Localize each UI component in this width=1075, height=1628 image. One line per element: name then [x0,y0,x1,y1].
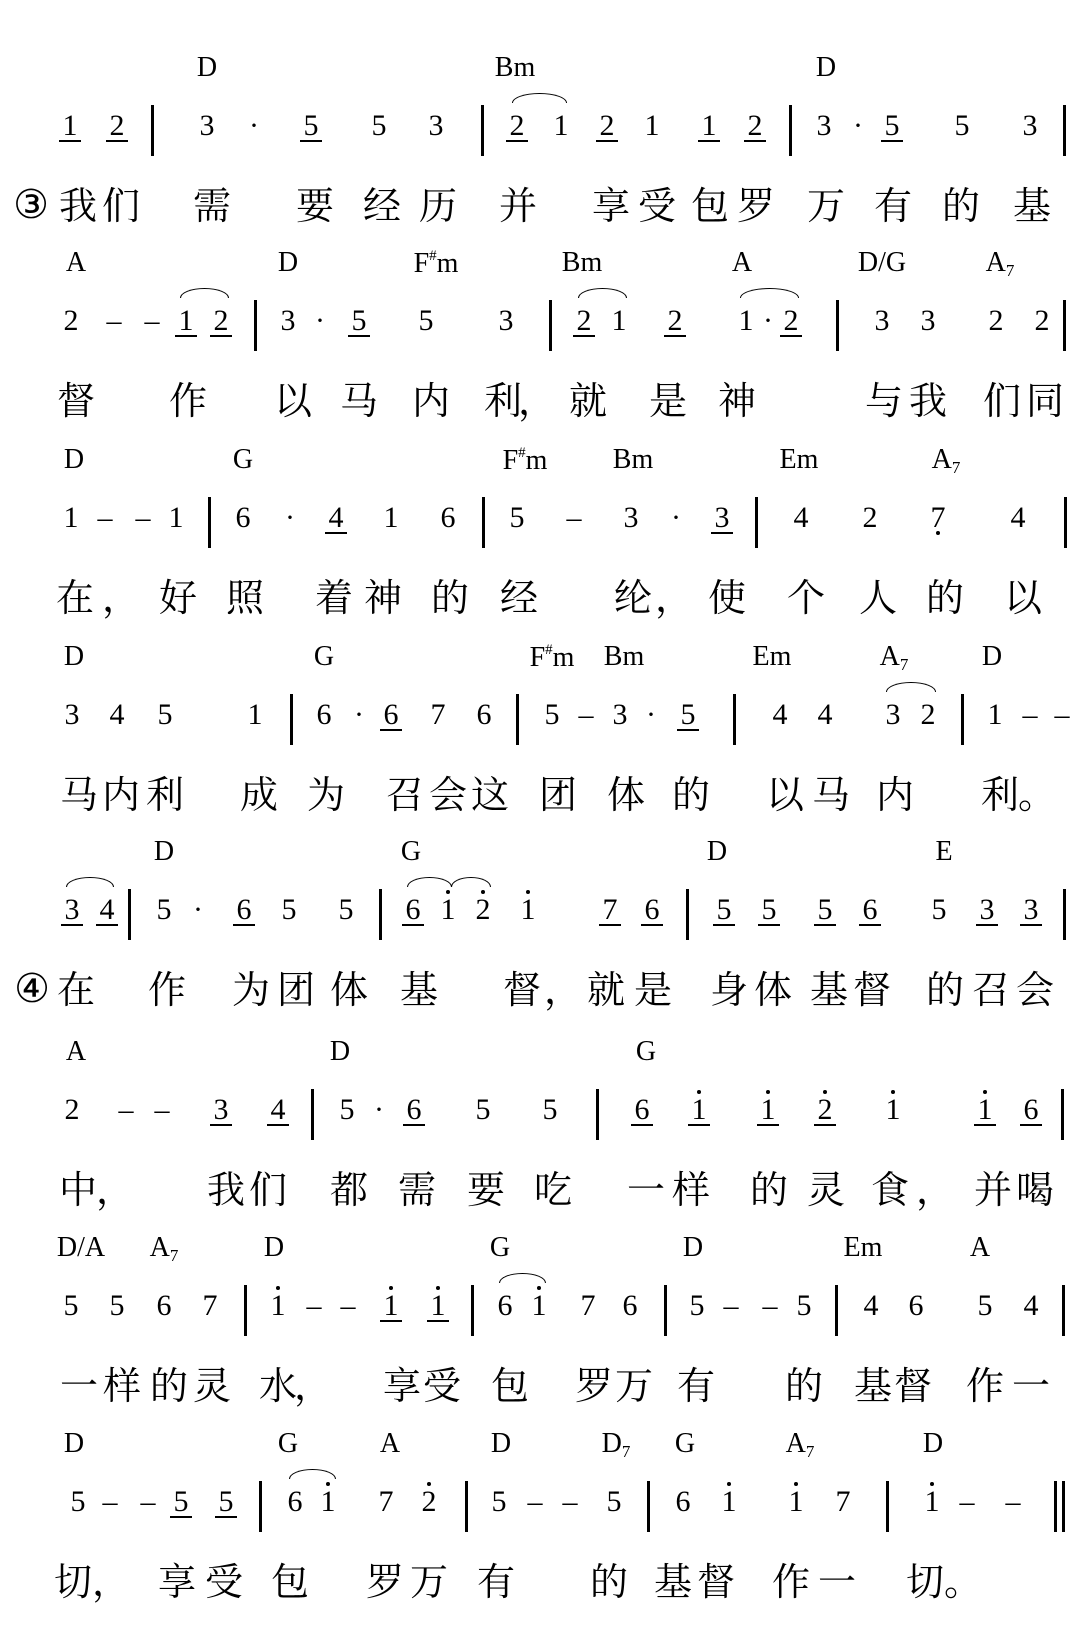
eighth-underline [814,1124,836,1126]
chord-symbol: D [330,1038,350,1066]
barline [789,105,792,156]
lyric-char: 万 [807,187,845,225]
note: 5 [754,895,784,925]
lyric-char: 的 [431,579,469,617]
chord-symbol: G [675,1430,695,1458]
note: 5 [296,111,326,141]
note-digit: – [960,1485,975,1518]
lyric-char: 使 [708,579,746,617]
note-digit: 2 [818,1093,833,1126]
note-digit: 5 [762,893,777,926]
note-digit: 1 [886,1093,901,1126]
chord-symbol: F#m [414,249,459,278]
note: 1 [970,1095,1000,1125]
lyric-char: 我 [207,1171,245,1209]
sustain-dash: – [555,1487,585,1517]
eighth-underline [758,924,780,926]
note: 7 [828,1487,858,1517]
lyric-char: 这 [471,776,509,814]
lyric-char: 基 [1013,187,1051,225]
lyric-char: 督 [697,1563,735,1601]
high-octave-dot [891,1090,895,1094]
note-digit: · [315,304,325,337]
chord-symbol: A [66,1038,86,1066]
lyric-char: 以 [1004,579,1042,617]
note: 2 [57,1095,87,1125]
staff-system: ADG2––345·6556112116中，我们都需要吃一样的灵食，并喝 [0,1043,1075,1233]
note-digit: 5 [492,1485,507,1518]
note: 1 [313,1487,343,1517]
tie-arc [512,93,567,103]
barline [254,300,257,351]
note: 3 [421,111,451,141]
eighth-underline [664,335,686,337]
note: 2 [913,700,943,730]
chord-root: A [932,444,952,475]
note: 1 [513,895,543,925]
note: 2 [569,306,599,336]
note-digit: – [724,1289,739,1322]
note: 1 [684,1095,714,1125]
note-digit: 2 [989,304,1004,337]
note: 2 [776,306,806,336]
note: 2 [660,306,690,336]
eighth-underline [976,924,998,926]
note-digit: · [285,501,295,534]
sustain-dash: – [90,503,120,533]
note-digit: 2 [214,304,229,337]
lyric-char: 的 [926,971,964,1009]
chord-extension: 7 [900,655,909,674]
note-digit: 5 [340,1093,355,1126]
lyric-char: 同 [1026,382,1064,420]
note: 5 [331,895,361,925]
chord-symbol: G [490,1234,510,1262]
lyric-punctuation: ， [518,382,556,420]
lyric-char: 好 [159,579,197,617]
note: 6 [399,1095,429,1125]
chord-symbol: A7 [786,1430,815,1460]
note: 4 [92,895,122,925]
note-digit: – [528,1485,543,1518]
barline [471,1285,474,1336]
note: 2 [468,895,498,925]
barline [290,694,293,745]
note-digit: 3 [429,109,444,142]
lyric-char: 并 [499,187,537,225]
note: 3 [206,1095,236,1125]
note: 3 [605,700,635,730]
note-digit: – [579,698,594,731]
note: 6 [901,1291,931,1321]
note: 1 [376,1291,406,1321]
lyric-char: 基 [654,1563,692,1601]
lyric-char: 马 [60,776,98,814]
note: 5 [484,1487,514,1517]
final-double-barline [1054,1481,1058,1532]
note-digit: 3 [499,304,514,337]
note-digit: 7 [603,893,618,926]
chord-root: A [786,1428,806,1459]
sustain-dash: – [111,1095,141,1125]
note: 3 [707,503,737,533]
note: 6 [280,1487,310,1517]
sustain-dash: – [998,1487,1028,1517]
lyric-char: 利 [146,776,184,814]
lyric-char: 督 [503,971,541,1009]
tie-arc [886,682,936,692]
lyric-char: 督 [853,971,891,1009]
high-octave-dot [276,1286,280,1290]
tie-arc [289,1469,336,1479]
note-digit: 3 [613,698,628,731]
lyric-char: 包 [271,1563,309,1601]
note-digit: 2 [510,109,525,142]
barline [549,300,552,351]
chord-symbol: A [66,249,86,277]
note-digit: 4 [329,501,344,534]
eighth-underline [170,1516,192,1518]
note-digit: 1 [169,501,184,534]
note-digit: 1 [521,893,536,926]
note-digit: – [1023,698,1038,731]
high-octave-dot [436,1286,440,1290]
lyric-char: 们 [983,382,1021,420]
lyric-char: 切 [906,1563,944,1601]
note-digit: 5 [419,304,434,337]
lyric-char: 我 [59,187,97,225]
augmentation-dot: · [183,895,213,925]
note-digit: 2 [784,304,799,337]
chord-symbol: D [816,54,836,82]
note: 1 [524,1291,554,1321]
note: 7 [923,503,953,533]
chord-symbol: D [264,1234,284,1262]
chord-symbol: D/G [858,249,906,277]
note-digit: 3 [65,893,80,926]
note-digit: 6 [406,893,421,926]
augmentation-dot: · [364,1095,394,1125]
note: 3 [491,306,521,336]
note-digit: 1 [789,1485,804,1518]
note: 1 [714,1487,744,1517]
note-digit: 4 [1011,501,1026,534]
lyric-char: 都 [330,1171,368,1209]
note: 6 [627,1095,657,1125]
note-digit: 3 [624,501,639,534]
chord-symbol: D [64,1430,84,1458]
high-octave-dot [794,1482,798,1486]
note-digit: 4 [794,501,809,534]
note: 1 [917,1487,947,1517]
tie-arc [451,877,491,887]
lyric-char: 以 [274,382,312,420]
eighth-underline [859,924,881,926]
note-digit: 2 [921,698,936,731]
note-digit: 1 [692,1093,707,1126]
note-digit: 2 [668,304,683,337]
eighth-underline [974,1124,996,1126]
lyric-char: 利 [484,382,522,420]
lyric-char: 以 [766,776,804,814]
note-digit: · [193,893,203,926]
note-digit: 1 [64,501,79,534]
note: 3 [616,503,646,533]
barline [596,1089,599,1140]
note-digit: 3 [281,304,296,337]
eighth-underline [881,140,903,142]
chord-extension: 7 [622,1442,631,1461]
eighth-underline [506,140,528,142]
sustain-dash: – [147,1095,177,1125]
chord-symbol: G [401,838,421,866]
chord-symbol: Bm [604,643,644,671]
chord-accidental: # [545,642,553,658]
note: 6 [469,700,499,730]
note: 1 [546,111,576,141]
sustain-dash: – [520,1487,550,1517]
note-digit: 5 [545,698,560,731]
barline [208,497,211,548]
lyric-punctuation: ， [544,971,582,1009]
lyric-char: 们 [102,187,140,225]
lyric-char: 享 [158,1563,196,1601]
sustain-dash: – [571,700,601,730]
chord-symbol: Em [844,1234,883,1262]
note: 5 [502,503,532,533]
note-digit: – [107,304,122,337]
barline [733,694,736,745]
lyric-char: 人 [859,579,897,617]
lyric-char: 万 [615,1367,653,1405]
note-digit: 6 [236,501,251,534]
lyric-char: 为 [232,971,270,1009]
note: 2 [981,306,1011,336]
eighth-underline [641,924,663,926]
eighth-underline [427,1320,449,1322]
note-digit: 6 [237,893,252,926]
lyric-punctuation: 。 [1018,776,1056,814]
sustain-dash: – [333,1291,363,1321]
note-digit: – [763,1289,778,1322]
note-digit: – [98,501,113,534]
tie-arc [499,1273,546,1283]
barline [886,1481,889,1532]
note-digit: · [763,304,773,337]
note: 2 [206,306,236,336]
note-digit: · [671,501,681,534]
note-digit: 3 [65,698,80,731]
lyric-char: 体 [330,971,368,1009]
note-digit: 1 [321,1485,336,1518]
note: 4 [810,700,840,730]
chord-symbol: D [197,54,217,82]
chord-symbol: D [64,446,84,474]
sustain-dash: – [1015,700,1045,730]
lyric-char: 罗 [575,1367,613,1405]
chord-symbol: D [491,1430,511,1458]
chord-root: D [602,1428,622,1459]
lyric-char: 中 [59,1171,97,1209]
note-digit: 1 [532,1289,547,1322]
lyric-char: 的 [942,187,980,225]
note-digit: 6 [157,1289,172,1322]
note-digit: 1 [384,1289,399,1322]
note-digit: 7 [581,1289,596,1322]
lyric-char: 有 [677,1367,715,1405]
sustain-dash: – [99,306,129,336]
chord-symbol: G [278,1430,298,1458]
eighth-underline [300,140,322,142]
note: 4 [1003,503,1033,533]
lyric-char: 神 [364,579,402,617]
note: 1 [637,111,667,141]
chord-symbol: Bm [562,249,602,277]
barline [481,105,484,156]
note: 6 [615,1291,645,1321]
note-digit: · [646,698,656,731]
note: 5 [344,306,374,336]
staff-system: ADF#mBmAD/GA72––123·5532121·23322督作以马内利，… [0,254,1075,444]
lyric-char: 万 [410,1563,448,1601]
eighth-underline [688,1124,710,1126]
barline [482,497,485,548]
eighth-underline [573,335,595,337]
high-octave-dot [930,1482,934,1486]
augmentation-dot: · [275,503,305,533]
note-digit: – [567,501,582,534]
note-digit: 6 [863,893,878,926]
barline [686,889,689,940]
eighth-underline [631,1124,653,1126]
lyric-char: 的 [150,1367,188,1405]
chord-root: F [503,445,519,476]
lyric-char: 是 [634,971,672,1009]
note-digit: 7 [836,1485,851,1518]
eighth-underline [713,924,735,926]
lyric-char: 在 [57,971,95,1009]
lyric-char: 身 [710,971,748,1009]
chord-symbol: D [683,1234,703,1262]
chord-symbol: G [636,1038,656,1066]
staff-system: DBmD123·5532121123·553③我们需要经历并享受包罗万有的基 [0,59,1075,249]
lyric-char: 照 [226,579,264,617]
note-digit: 6 [384,698,399,731]
eighth-underline [744,140,766,142]
lyric-char: 要 [467,1171,505,1209]
eighth-underline [215,1516,237,1518]
sustain-dash: – [1047,700,1075,730]
note: 3 [273,306,303,336]
note-digit: 5 [607,1485,622,1518]
lyric-char: 利 [981,776,1019,814]
eighth-underline [402,924,424,926]
chord-symbol: Bm [613,446,653,474]
lyric-char: 的 [672,776,710,814]
note-digit: 4 [1024,1289,1039,1322]
lyric-char: 着 [315,579,353,617]
chord-symbol: D [707,838,727,866]
note: 5 [535,1095,565,1125]
barline [664,1285,667,1336]
sustain-dash: – [95,1487,125,1517]
note-digit: 7 [931,501,946,534]
note-digit: 4 [864,1289,879,1322]
note-digit: 5 [110,1289,125,1322]
eighth-underline [267,1124,289,1126]
augmentation-dot: · [661,503,691,533]
chord-root: F [414,248,430,279]
chord-quality: m [553,642,575,673]
note-digit: 3 [875,304,890,337]
note-digit: 5 [543,1093,558,1126]
high-octave-dot [326,1482,330,1486]
lyric-char: 们 [249,1171,287,1209]
lyric-char: 内 [102,776,140,814]
chord-symbol: A7 [986,249,1015,279]
chord-root: A [986,247,1006,278]
low-octave-dot [936,531,940,535]
note-digit: 5 [71,1485,86,1518]
lyric-char: 召 [972,971,1010,1009]
note: 1 [376,503,406,533]
lyric-char: 样 [103,1367,141,1405]
note: 7 [595,895,625,925]
note-digit: 2 [476,893,491,926]
note-digit: 5 [681,698,696,731]
lyric-char: 经 [363,187,401,225]
barline [1063,105,1066,156]
eighth-underline [348,335,370,337]
note-digit: 6 [645,893,660,926]
note: 1 [263,1291,293,1321]
chord-symbol: Em [753,643,792,671]
note-digit: 2 [748,109,763,142]
note-digit: 5 [955,109,970,142]
lyric-char: 团 [277,971,315,1009]
staff-system: DGF#mBmEmA71––16·4165–3·34274在，好照着神的经纶，使… [0,451,1075,641]
lyric-char: 会 [429,776,467,814]
lyric-char: 就 [569,382,607,420]
lyric-char: 作 [169,382,207,420]
chord-symbol: D [923,1430,943,1458]
note: 5 [970,1291,1000,1321]
lyric-char: 享 [592,187,630,225]
sustain-dash: – [716,1291,746,1321]
note: 3 [1016,895,1046,925]
note-digit: 5 [978,1289,993,1322]
barline [244,1285,247,1336]
note: 2 [810,1095,840,1125]
note-digit: 1 [645,109,660,142]
chord-symbol: D7 [602,1430,631,1460]
lyric-char: 一 [1012,1367,1050,1405]
note-digit: – [1055,698,1070,731]
lyric-char: 样 [672,1171,710,1209]
note-digit: 1 [925,1485,940,1518]
lyric-char: 历 [419,187,457,225]
note: 5 [924,895,954,925]
barline [1061,1089,1064,1140]
eighth-underline [1020,924,1042,926]
staff-system: D/AA7DGDEmA55671––1161765––54654一样的灵水，享受… [0,1239,1075,1429]
lyric-char: 一 [60,1367,98,1405]
lyric-char: 会 [1016,971,1054,1009]
lyric-char: 就 [587,971,625,1009]
chord-symbol: E [935,838,952,866]
chord-extension: 7 [952,458,961,477]
lyric-char: 灵 [807,1171,845,1209]
